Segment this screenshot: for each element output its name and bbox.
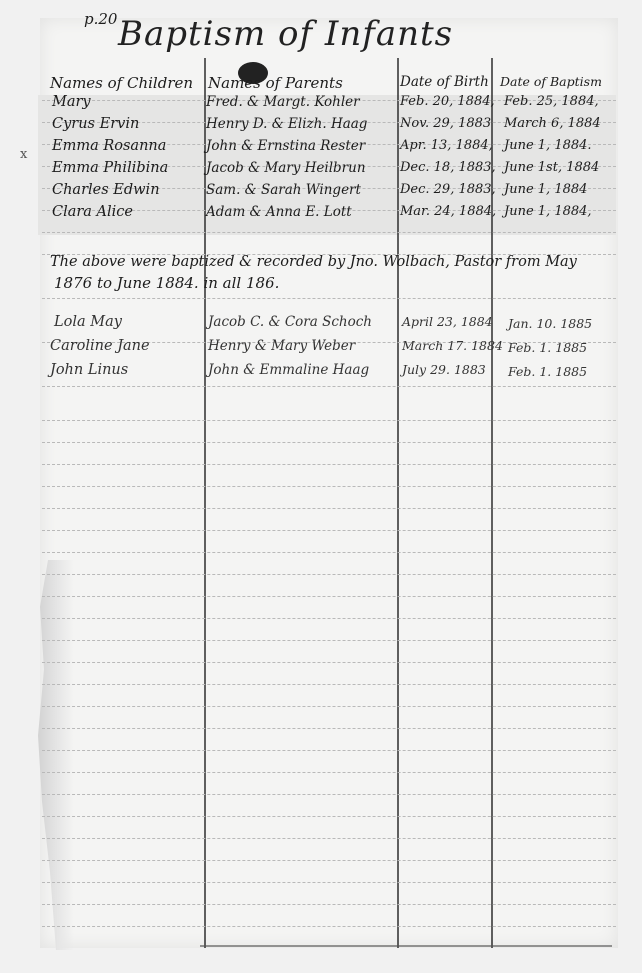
parent-names: Jacob & Mary Heilbrun [206, 160, 366, 176]
margin-mark: x [20, 147, 27, 162]
birth-date: April 23, 1884 [402, 314, 493, 329]
birth-date: Dec. 29, 1883, [400, 182, 496, 197]
column-header-baptism: Date of Baptism [500, 74, 602, 89]
summary-note-line-1: The above were baptized & recorded by Jn… [50, 254, 577, 270]
parent-names: Jacob C. & Cora Schoch [208, 314, 372, 330]
parent-names: Henry & Mary Weber [208, 338, 355, 354]
parent-names: Adam & Anna E. Lott [206, 204, 352, 220]
baptism-date: Feb. 25, 1884, [504, 94, 599, 109]
birth-date: Mar. 24, 1884, [400, 204, 496, 219]
parent-names: Fred. & Margt. Kohler [206, 94, 360, 110]
birth-date: Apr. 13, 1884, [400, 138, 493, 153]
parent-names: John & Ernstina Rester [206, 138, 365, 154]
baptism-date: June 1st, 1884 [504, 160, 599, 175]
child-name: Emma Rosanna [52, 138, 166, 154]
birth-date: Dec. 18, 1883, [400, 160, 496, 175]
column-header-birth: Date of Birth [400, 74, 489, 90]
child-name: Emma Philibina [52, 160, 168, 176]
parent-names: Sam. & Sarah Wingert [206, 182, 361, 198]
summary-note-line-2: 1876 to June 1884. in all 186. [54, 274, 279, 292]
baptism-date: Feb. 1. 1885 [508, 364, 587, 379]
child-name: Cyrus Ervin [52, 116, 139, 132]
parent-names: Henry D. & Elizh. Haag [206, 116, 367, 132]
parent-names: John & Emmaline Haag [208, 362, 369, 378]
column-header-children: Names of Children [50, 74, 193, 92]
child-name: Lola May [54, 314, 122, 330]
child-name: Mary [52, 94, 91, 110]
child-name: Charles Edwin [52, 182, 160, 198]
child-name: Clara Alice [52, 204, 133, 220]
birth-date: Feb. 20, 1884, [400, 94, 495, 109]
baptism-date: June 1, 1884 [504, 182, 587, 197]
baptism-date: March 6, 1884 [504, 116, 601, 131]
child-name: Caroline Jane [50, 338, 150, 354]
page-number: p.20 [84, 10, 117, 28]
page-title: Baptism of Infants [118, 14, 453, 54]
baptism-date: June 1, 1884. [504, 138, 592, 153]
birth-date: Nov. 29, 1883 [400, 116, 491, 131]
birth-date: March 17. 1884 [402, 338, 503, 353]
column-rule-2 [397, 58, 399, 948]
baptism-date: Feb. 1. 1885 [508, 340, 587, 355]
baptism-date: Jan. 10. 1885 [508, 316, 592, 331]
column-header-parents: Names of Parents [208, 74, 343, 92]
baptism-date: June 1, 1884, [504, 204, 592, 219]
birth-date: July 29. 1883 [402, 362, 486, 377]
child-name: John Linus [50, 362, 128, 378]
page-bottom-edge [200, 945, 612, 947]
